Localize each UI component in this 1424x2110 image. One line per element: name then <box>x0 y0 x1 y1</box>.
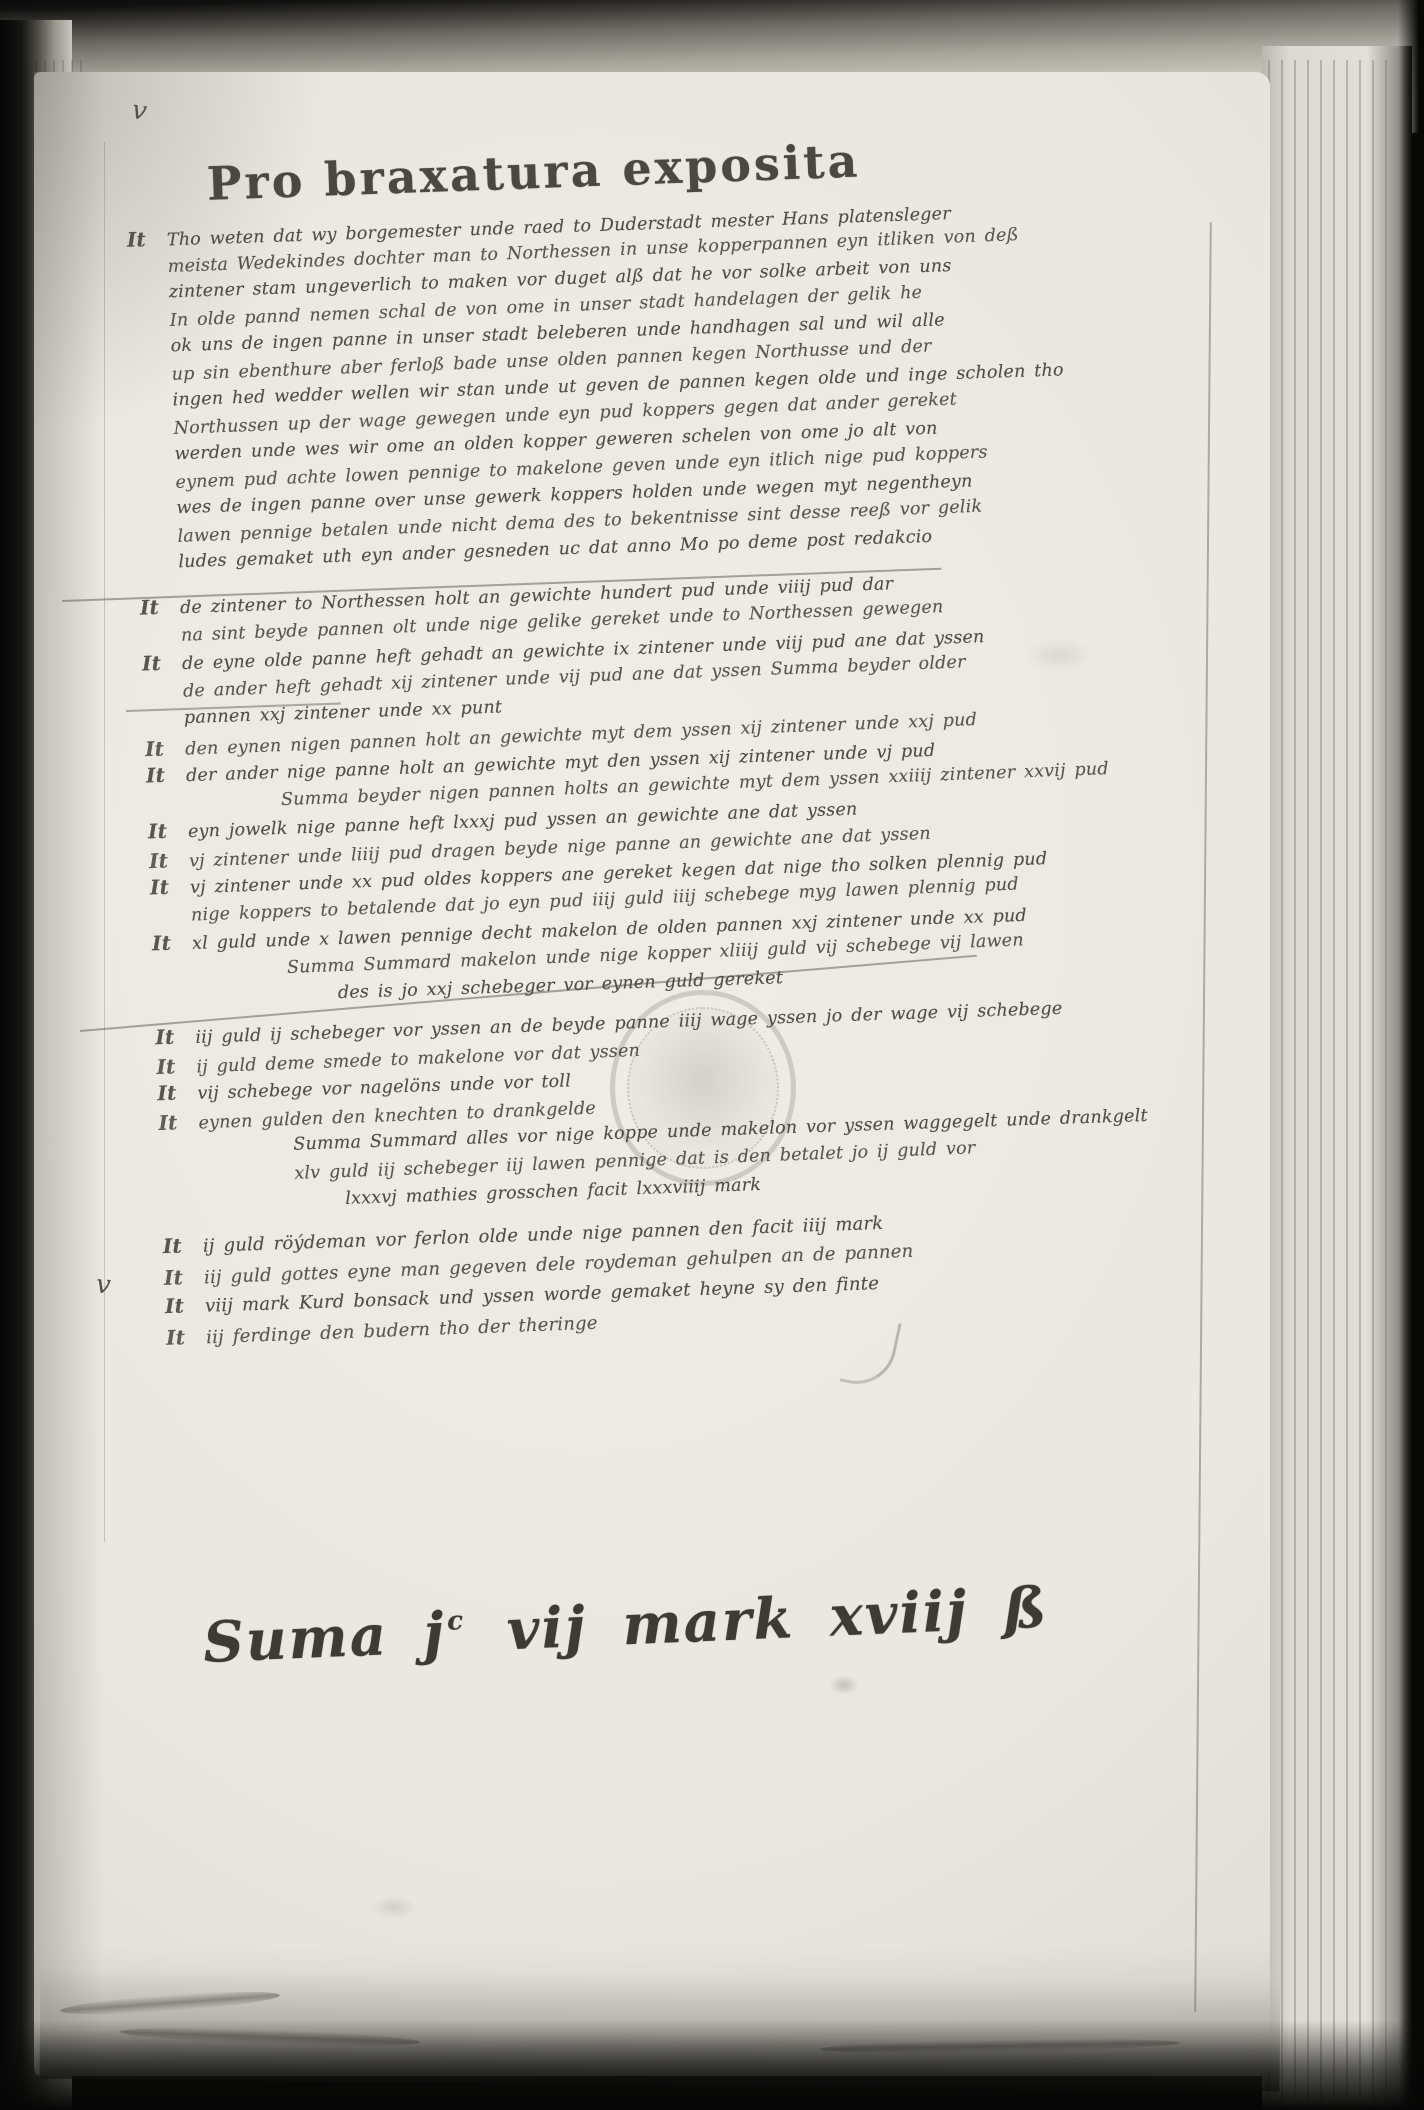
item-mark: It <box>146 760 177 789</box>
item-mark: It <box>140 593 171 622</box>
summa-hundred: j <box>422 1600 447 1667</box>
additional-expense-items: Itij guld röýdeman vor ferlon olde unde … <box>156 1200 1060 1352</box>
summa-word: Suma <box>202 1602 389 1676</box>
item-mark: It <box>152 928 183 957</box>
paper-stain <box>824 1672 864 1698</box>
summa-amount: vij mark xviij ß <box>506 1575 1050 1664</box>
manuscript-photograph: v v Pro braxatura exposita ItTho weten d… <box>0 0 1424 2110</box>
item-mark: It <box>126 226 157 254</box>
paper-stain <box>1014 632 1104 678</box>
summa-total-line: Suma jc vij mark xviij ß <box>202 1575 1050 1676</box>
ruled-right-margin-line <box>1194 222 1211 2012</box>
item-mark: It <box>149 846 180 875</box>
item-mark: It <box>158 1108 189 1137</box>
item-mark: It <box>157 1078 188 1107</box>
item-mark: It <box>142 649 173 678</box>
summa-superscript: c <box>447 1606 466 1637</box>
preamble-paragraph: ItTho weten dat wy borgemester unde raed… <box>120 196 1032 579</box>
ruled-left-margin-line <box>104 142 105 1542</box>
expense-items: Itiij guld ij schebeger vor yssen an de … <box>149 992 1055 1220</box>
page-shadow-left <box>34 72 104 2076</box>
item-mark: It <box>150 872 181 901</box>
handwritten-text-block: Pro braxatura exposita ItTho weten dat w… <box>118 128 1060 1352</box>
fore-edge-streaks <box>1268 60 1388 2100</box>
item-mark: It <box>156 1052 187 1081</box>
item-mark: It <box>155 1022 186 1051</box>
item-mark: It <box>148 816 179 845</box>
manuscript-line-text: iij ferdinge den budern tho der theringe <box>206 1313 598 1349</box>
item-mark: It <box>165 1290 196 1321</box>
photo-bottom-shadow <box>0 2020 1424 2110</box>
pan-weight-items: Itde zintener to Northessen holt an gewi… <box>134 563 1048 1015</box>
paper-stain <box>364 1892 424 1922</box>
manuscript-page: v v Pro braxatura exposita ItTho weten d… <box>34 72 1270 2076</box>
margin-checkmark: v <box>95 1270 112 1301</box>
item-mark: It <box>162 1230 193 1261</box>
item-mark: It <box>145 734 176 763</box>
item-mark: It <box>163 1262 194 1293</box>
photo-right-shadow <box>1398 0 1424 2110</box>
item-mark: It <box>166 1322 197 1353</box>
